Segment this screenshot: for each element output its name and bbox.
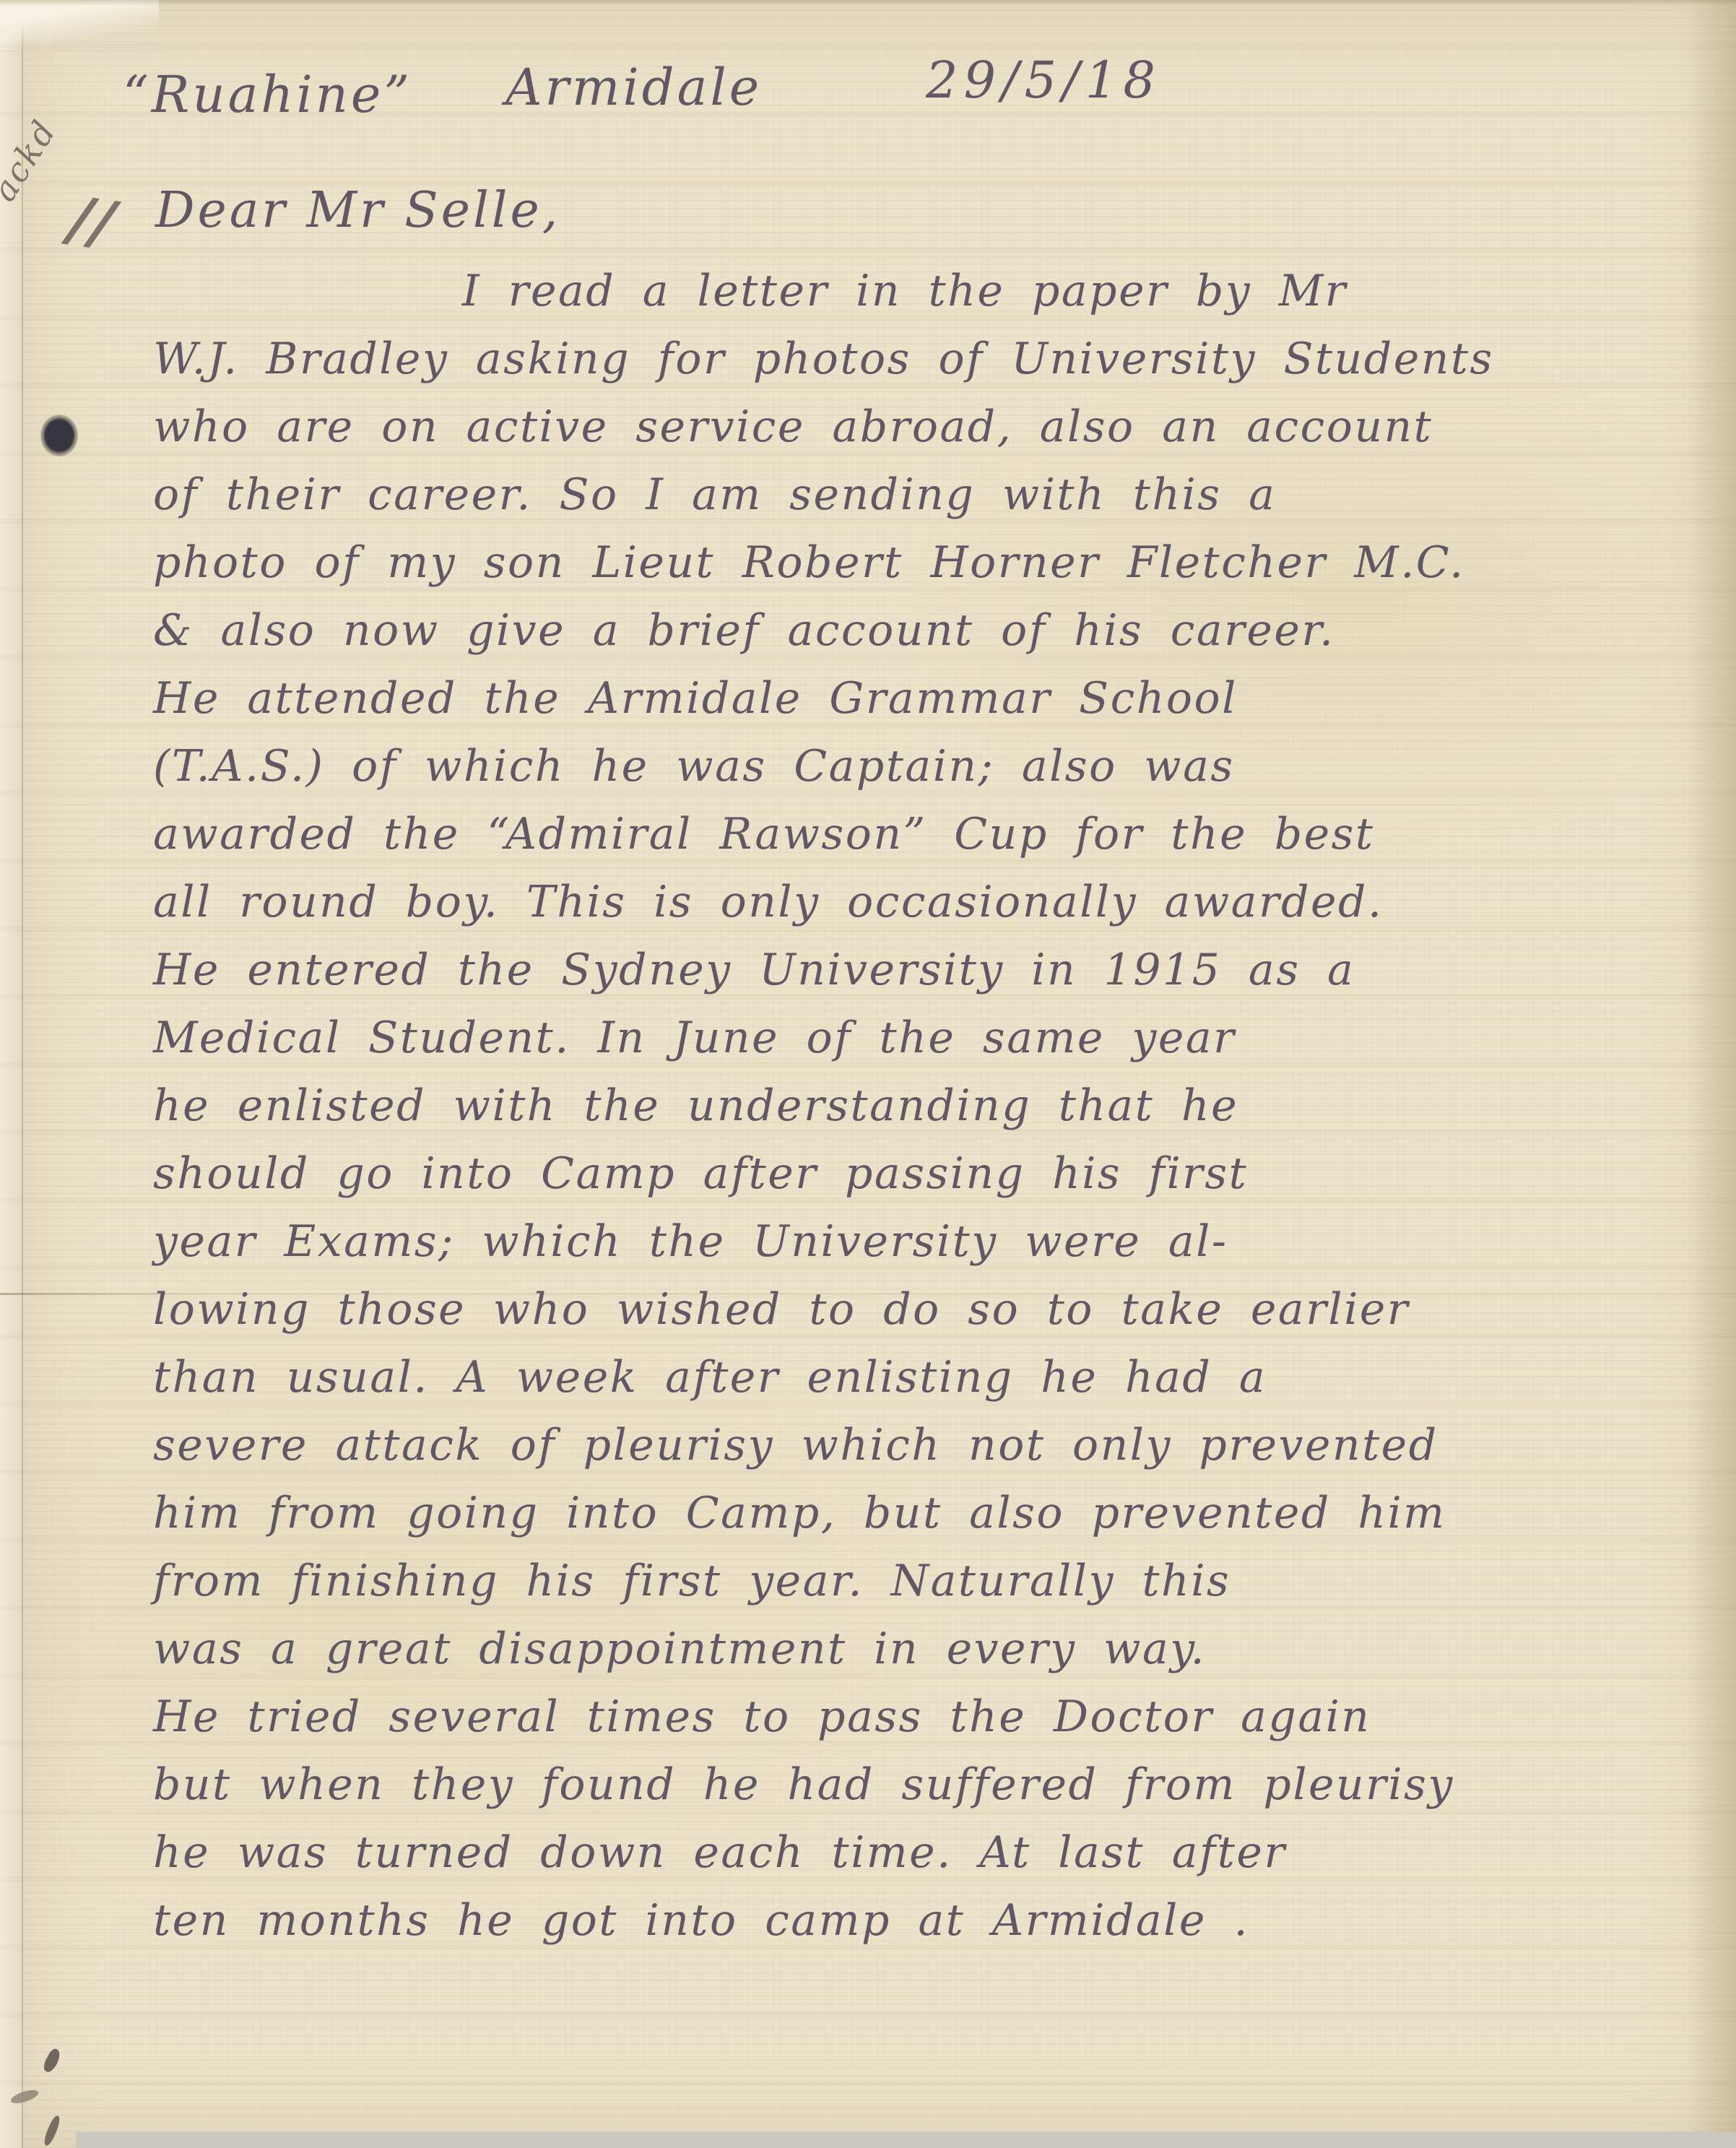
letter-line: should go into Camp after passing his fi… [0, 1140, 1736, 1208]
letter-line: awarded the “Admiral Rawson” Cup for the… [0, 800, 1736, 868]
top-edge-shadow [0, 0, 1736, 6]
letter-line: than usual. A week after enlisting he ha… [0, 1343, 1736, 1411]
letter-line: photo of my son Lieut Robert Horner Flet… [0, 529, 1736, 597]
letter-line: & also now give a brief account of his c… [0, 597, 1736, 664]
letter-line: was a great disappointment in every way. [0, 1615, 1736, 1683]
letter-line: He entered the Sydney University in 1915… [0, 936, 1736, 1004]
ink-mark [41, 2047, 63, 2074]
letter-line: he enlisted with the understanding that … [0, 1072, 1736, 1140]
letter-line: but when they found he had suffered from… [0, 1751, 1736, 1819]
letter-line: of their career. So I am sending with th… [0, 461, 1736, 529]
letterhead-place-name: “Ruahine” [123, 65, 412, 124]
letter-line: He attended the Armidale Grammar School [0, 664, 1736, 732]
letter-line: year Exams; which the University were al… [0, 1208, 1736, 1276]
letterhead: “Ruahine” Armidale 29/5/18 [0, 45, 1736, 168]
letter-line: from finishing his first year. Naturally… [0, 1547, 1736, 1615]
letter-line: Medical Student. In June of the same yea… [0, 1004, 1736, 1072]
letter-line: (T.A.S.) of which he was Captain; also w… [0, 732, 1736, 800]
letter-line: W.J. Bradley asking for photos of Univer… [0, 325, 1736, 393]
ink-mark [42, 2114, 62, 2147]
letter-line: he was turned down each time. At last af… [0, 1819, 1736, 1887]
letter-body: I read a letter in the paper by MrW.J. B… [0, 257, 1736, 1954]
letter-line: lowing those who wished to do so to take… [0, 1276, 1736, 1343]
bottom-left-ink-marks [4, 2048, 55, 2135]
letter-line: severe attack of pleurisy which not only… [0, 1411, 1736, 1479]
letter-page: “Ruahine” Armidale 29/5/18 ackd // Dear … [0, 0, 1736, 2148]
letterhead-town: Armidale [505, 58, 762, 117]
bottom-scan-edge [76, 2132, 1736, 2148]
margin-annotation: ackd // [13, 121, 157, 280]
letter-line: all round boy. This is only occasionally… [0, 868, 1736, 936]
margin-annotation-marks: // [64, 182, 118, 259]
letter-line: ten months he got into camp at Armidale … [0, 1887, 1736, 1954]
letter-line: He tried several times to pass the Docto… [0, 1683, 1736, 1751]
letterhead-date: 29/5/18 [926, 51, 1161, 110]
salutation: Dear Mr Selle, [155, 182, 560, 239]
letter-line: who are on active service abroad, also a… [0, 393, 1736, 461]
letter-line: him from going into Camp, but also preve… [0, 1479, 1736, 1547]
letter-line: I read a letter in the paper by Mr [0, 257, 1736, 325]
ink-mark [9, 2087, 40, 2106]
top-left-corner-chip [0, 0, 159, 51]
